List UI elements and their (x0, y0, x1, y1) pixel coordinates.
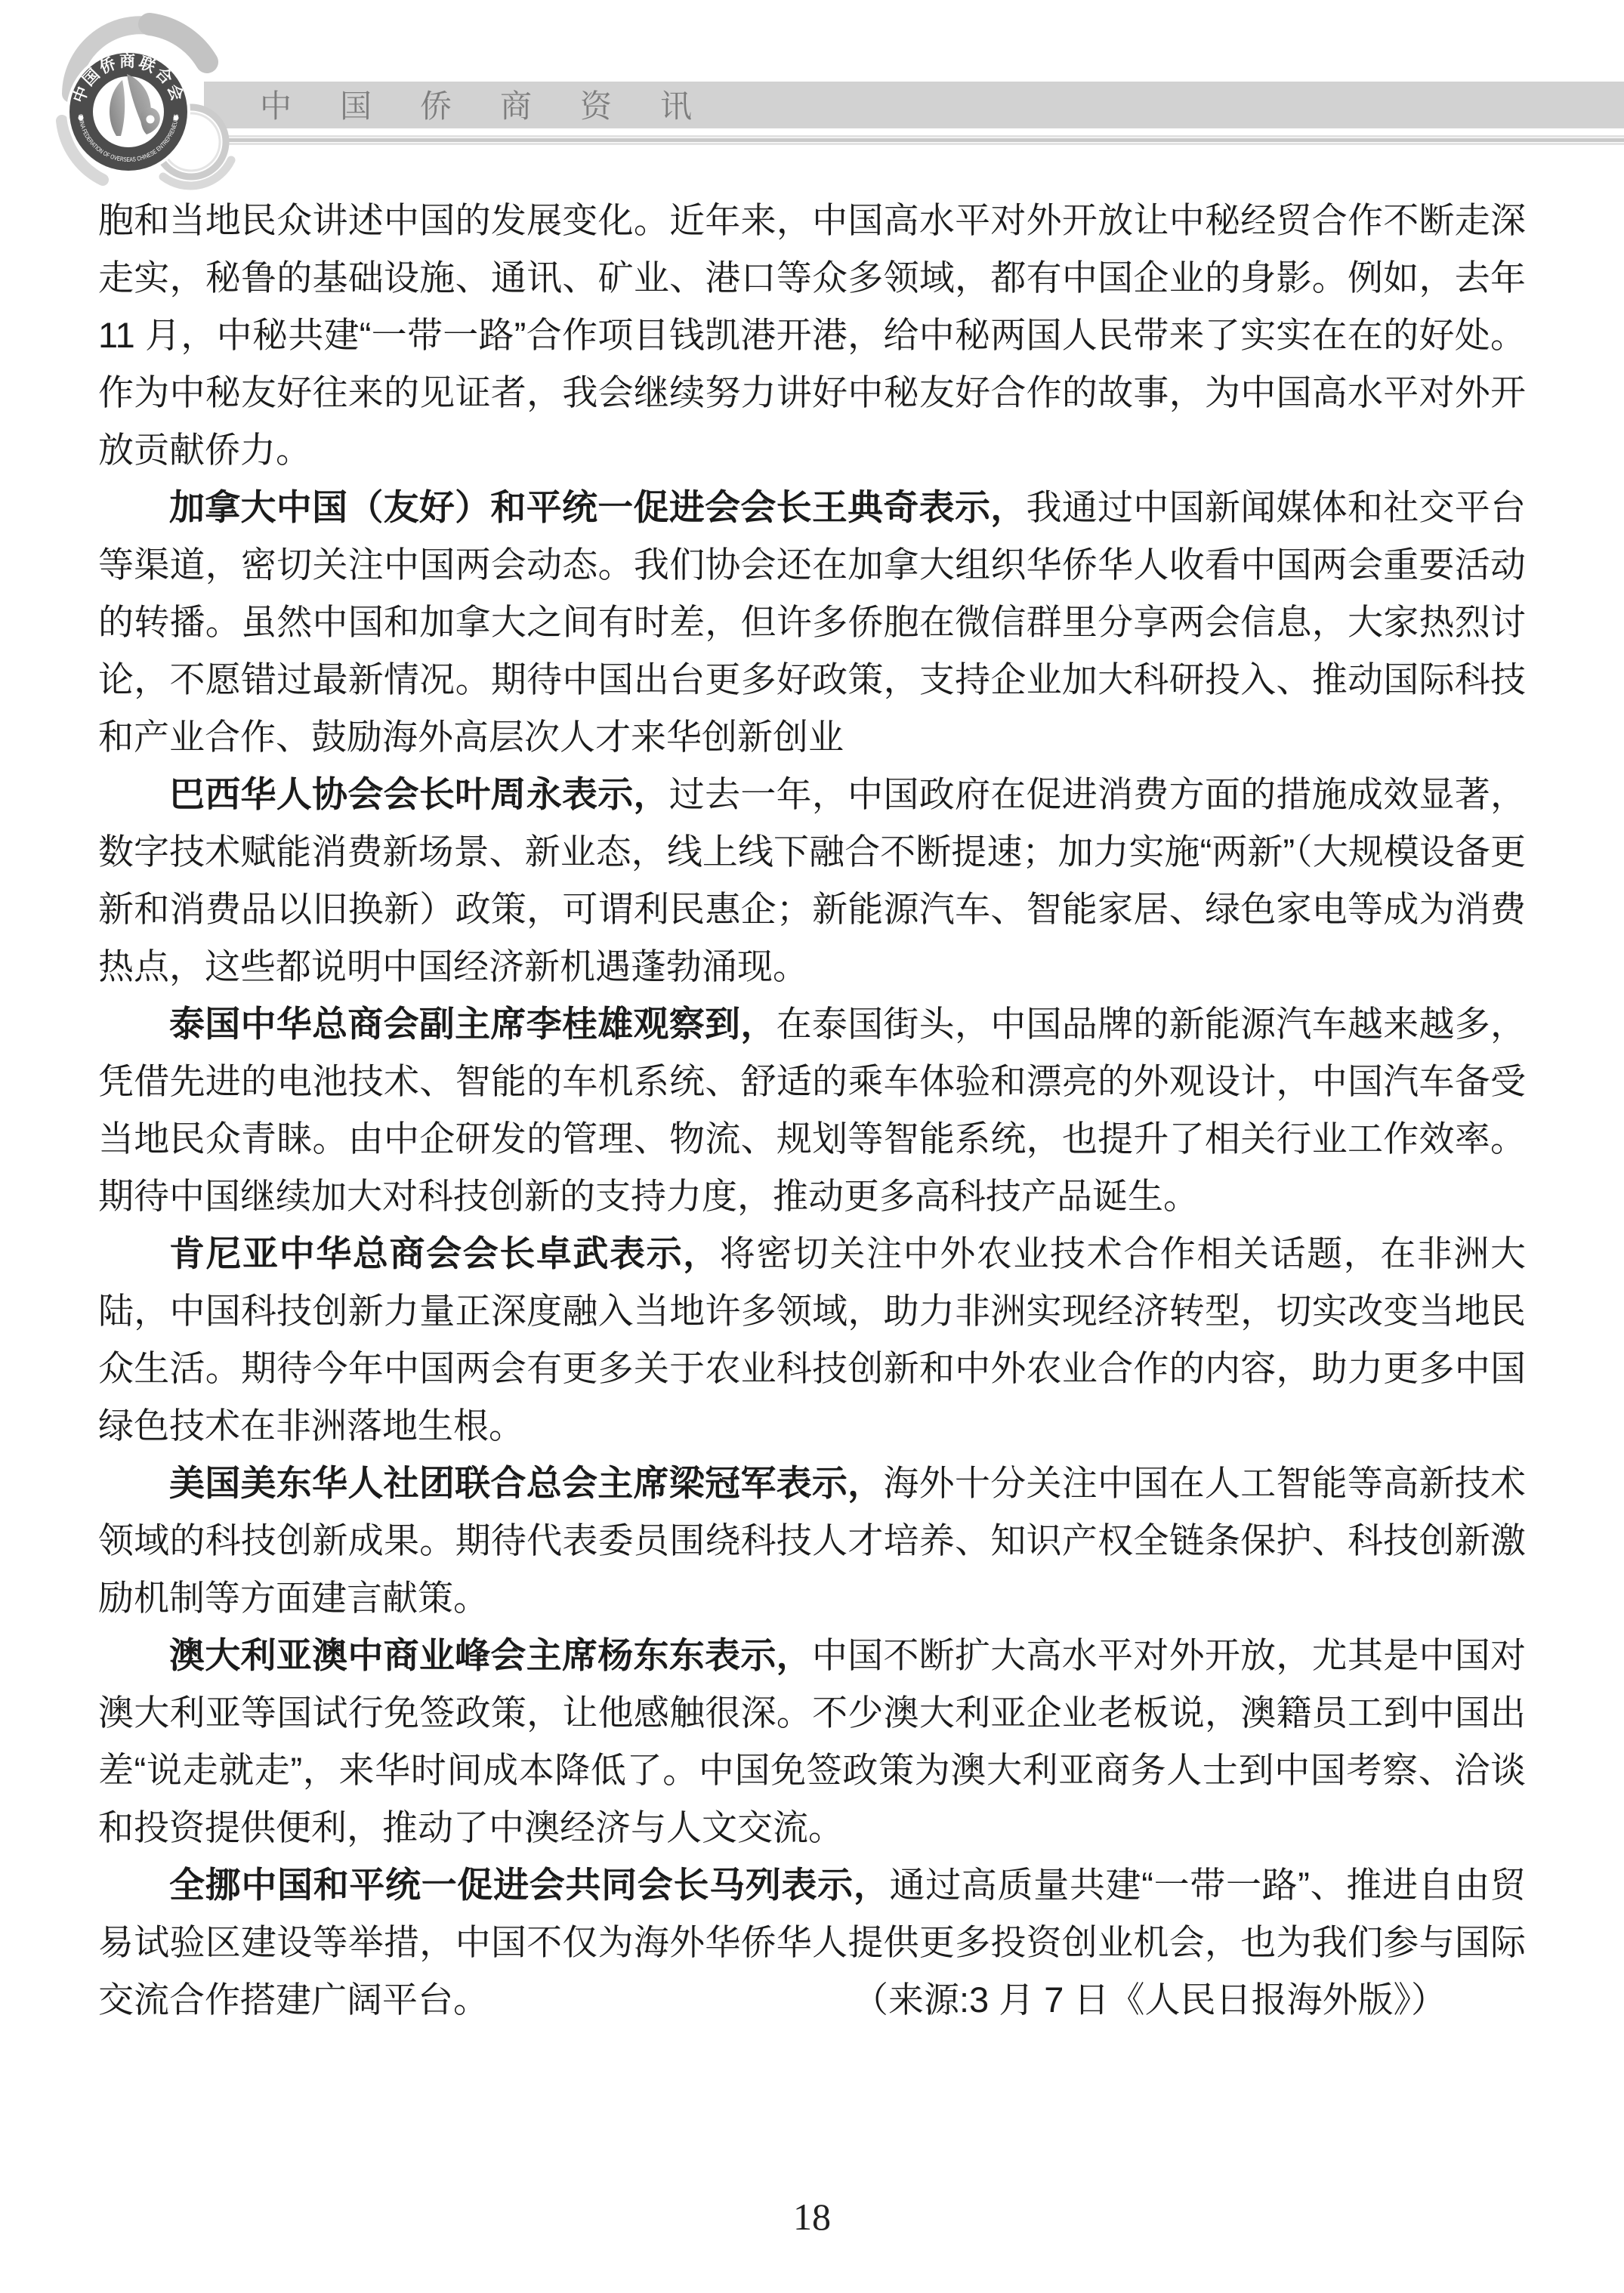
paragraph-text-1: 胞和当地民众讲述中国的发展变化。近年来，中国高水平对外开放让中秘经贸合作不断走深… (98, 200, 1526, 470)
speaker-lead-8: 全挪中国和平统一促进会共同会长马列表示， (169, 1865, 890, 1905)
logo-emblem: 中国侨商联合会 CHINA FEDERATION OF OVERSEAS CHI… (66, 50, 190, 174)
paragraph-2: 加拿大中国（友好）和平统一促进会会长王典奇表示，我通过中国新闻媒体和社交平台等渠… (98, 479, 1526, 766)
paragraph-3: 巴西华人协会会长叶周永表示，过去一年，中国政府在促进消费方面的措施成效显著，数字… (98, 766, 1526, 995)
paragraph-5: 肯尼亚中华总商会会长卓武表示，将密切关注中外农业技术合作相关话题，在非洲大陆，中… (98, 1225, 1526, 1455)
speaker-lead-7: 澳大利亚澳中商业峰会主席杨东东表示， (169, 1635, 812, 1675)
paragraph-6: 美国美东华人社团联合总会主席梁冠军表示，海外十分关注中国在人工智能等高新技术领域… (98, 1455, 1526, 1627)
article-body: 胞和当地民众讲述中国的发展变化。近年来，中国高水平对外开放让中秘经贸合作不断走深… (98, 192, 1526, 2029)
org-logo: 中国侨商联合会 CHINA FEDERATION OF OVERSEAS CHI… (36, 6, 338, 195)
header-divider-lines (213, 135, 1624, 145)
header-banner: 中国侨商资讯 (204, 82, 1624, 128)
paragraph-8: 全挪中国和平统一促进会共同会长马列表示，通过高质量共建“一带一路”、推进自由贸易… (98, 1856, 1526, 2029)
source-note: （来源:3 月 7 日《人民日报海外版》） (782, 1971, 1446, 2029)
logo-ring-dot-left (79, 116, 84, 121)
paragraph-1: 胞和当地民众讲述中国的发展变化。近年来，中国高水平对外开放让中秘经贸合作不断走深… (98, 192, 1526, 479)
speaker-lead-3: 巴西华人协会会长叶周永表示， (169, 774, 669, 814)
speaker-lead-4: 泰国中华总商会副主席李桂雄观察到， (169, 1004, 776, 1044)
paragraph-text-2: 我通过中国新闻媒体和社交平台等渠道，密切关注中国两会动态。我们协会还在加拿大组织… (98, 487, 1526, 757)
paragraph-4: 泰国中华总商会副主席李桂雄观察到，在泰国街头，中国品牌的新能源汽车越来越多，凭借… (98, 995, 1526, 1225)
speaker-lead-2: 加拿大中国（友好）和平统一促进会会长王典奇表示， (169, 487, 1027, 527)
speaker-lead-5: 肯尼亚中华总商会会长卓武表示， (169, 1233, 720, 1273)
paragraph-7: 澳大利亚澳中商业峰会主席杨东东表示，中国不断扩大高水平对外开放，尤其是中国对澳大… (98, 1627, 1526, 1856)
speaker-lead-6: 美国美东华人社团联合总会主席梁冠军表示， (169, 1463, 883, 1503)
document-page: 中国侨商资讯 中国侨商联 (0, 0, 1624, 2293)
page-number: 18 (0, 2195, 1624, 2239)
logo-ring-dot-right (174, 116, 179, 121)
